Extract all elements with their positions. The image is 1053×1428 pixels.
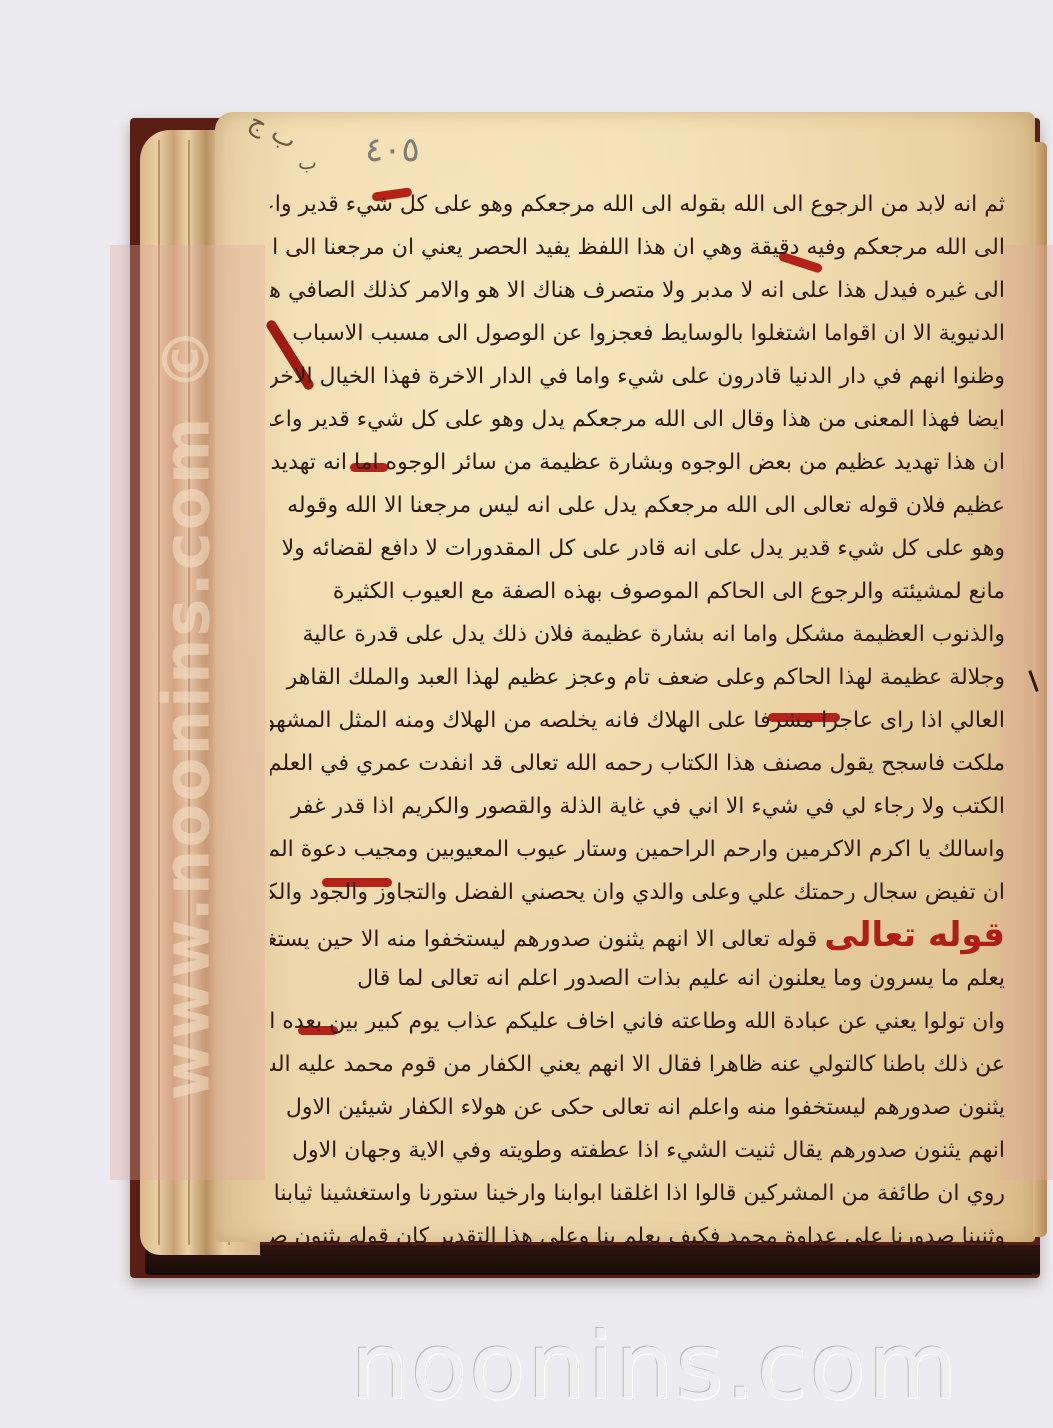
text-line: عن ذلك باطنا كالتولي عنه ظاهرا فقال الا … <box>270 1043 1005 1086</box>
text-line: وان تولوا يعني عن عبادة الله وطاعته فاني… <box>270 1000 1005 1043</box>
folio-number: ٤٠٥ <box>365 130 420 170</box>
text-line: يثنون صدورهم ليستخفوا منه واعلم انه تعال… <box>270 1086 1005 1129</box>
text-line: وهو على كل شيء قدير يدل على انه قادر على… <box>270 527 1005 570</box>
text-line: الى الله مرجعكم وفيه دقيقة وهي ان هذا ال… <box>270 226 1005 269</box>
text-line: الكتب ولا رجاء لي في شيء الا اني في غاية… <box>270 785 1005 828</box>
bottom-watermark: noonins.com <box>335 1322 975 1412</box>
manuscript-text: ثم انه لابد من الرجوع الى الله بقوله الى… <box>270 183 1005 1258</box>
text-line: قوله تعالى الا انهم يثنون صدورهم ليستخفو… <box>270 927 817 952</box>
text-line: ان هذا تهديد عظيم من بعض الوجوه وبشارة ع… <box>270 441 1005 484</box>
text-line: انهم يثنون صدورهم يقال ثنيت الشيء اذا عط… <box>270 1129 1005 1172</box>
text-line: واسالك يا اكرم الاكرمين وارحم الراحمين و… <box>270 828 1005 871</box>
text-line: العالي اذا راى عاجزا مشرفا على الهلاك فا… <box>270 699 1005 742</box>
text-line: الدنيوية الا ان اقواما اشتغلوا بالوسايط … <box>270 312 1005 355</box>
text-line: ملكت فاسجح يقول مصنف هذا الكتاب رحمه الل… <box>270 742 1005 785</box>
text-line-with-rubric: قوله تعالى قوله تعالى الا انهم يثنون صدو… <box>270 914 1005 957</box>
text-line: الى غيره فيدل هذا على انه لا مدبر ولا مت… <box>270 269 1005 312</box>
text-line: ان تفيض سجال رحمتك علي وعلى والدي وان يح… <box>270 871 1005 914</box>
watermark-panel-right <box>1000 245 1053 1180</box>
text-line: وثنينا صدورنا على عداوة محمد فكيف يعلم ب… <box>270 1215 1005 1258</box>
text-line: مانع لمشيئته والرجوع الى الحاكم الموصوف … <box>270 570 1005 613</box>
text-line: وظنوا انهم في دار الدنيا قادرون على شيء … <box>270 355 1005 398</box>
text-line: وجلالة عظيمة لهذا الحاكم وعلى ضعف تام وع… <box>270 656 1005 699</box>
rubric-heading: قوله تعالى <box>824 915 1005 955</box>
text-line: ثم انه لابد من الرجوع الى الله بقوله الى… <box>270 183 1005 226</box>
text-line: يعلم ما يسرون وما يعلنون انه عليم بذات ا… <box>270 957 1005 1000</box>
text-line: روي ان طائفة من المشركين قالوا اذا اغلقن… <box>270 1172 1005 1215</box>
vertical-watermark-text: www.noonins.com © <box>151 325 225 1100</box>
folio-mark: ب <box>298 150 317 174</box>
text-line: عظيم فلان قوله تعالى الى الله مرجعكم يدل… <box>270 484 1005 527</box>
text-line: والذنوب العظيمة مشكل واما انه بشارة عظيم… <box>270 613 1005 656</box>
vertical-watermark: www.noonins.com © <box>110 245 265 1180</box>
manuscript-photo: www.noonins.com © ب ج ب ٤٠٥ ثم انه لابد … <box>0 0 1053 1428</box>
text-line: ايضا فهذا المعنى من هذا وقال الى الله مر… <box>270 398 1005 441</box>
